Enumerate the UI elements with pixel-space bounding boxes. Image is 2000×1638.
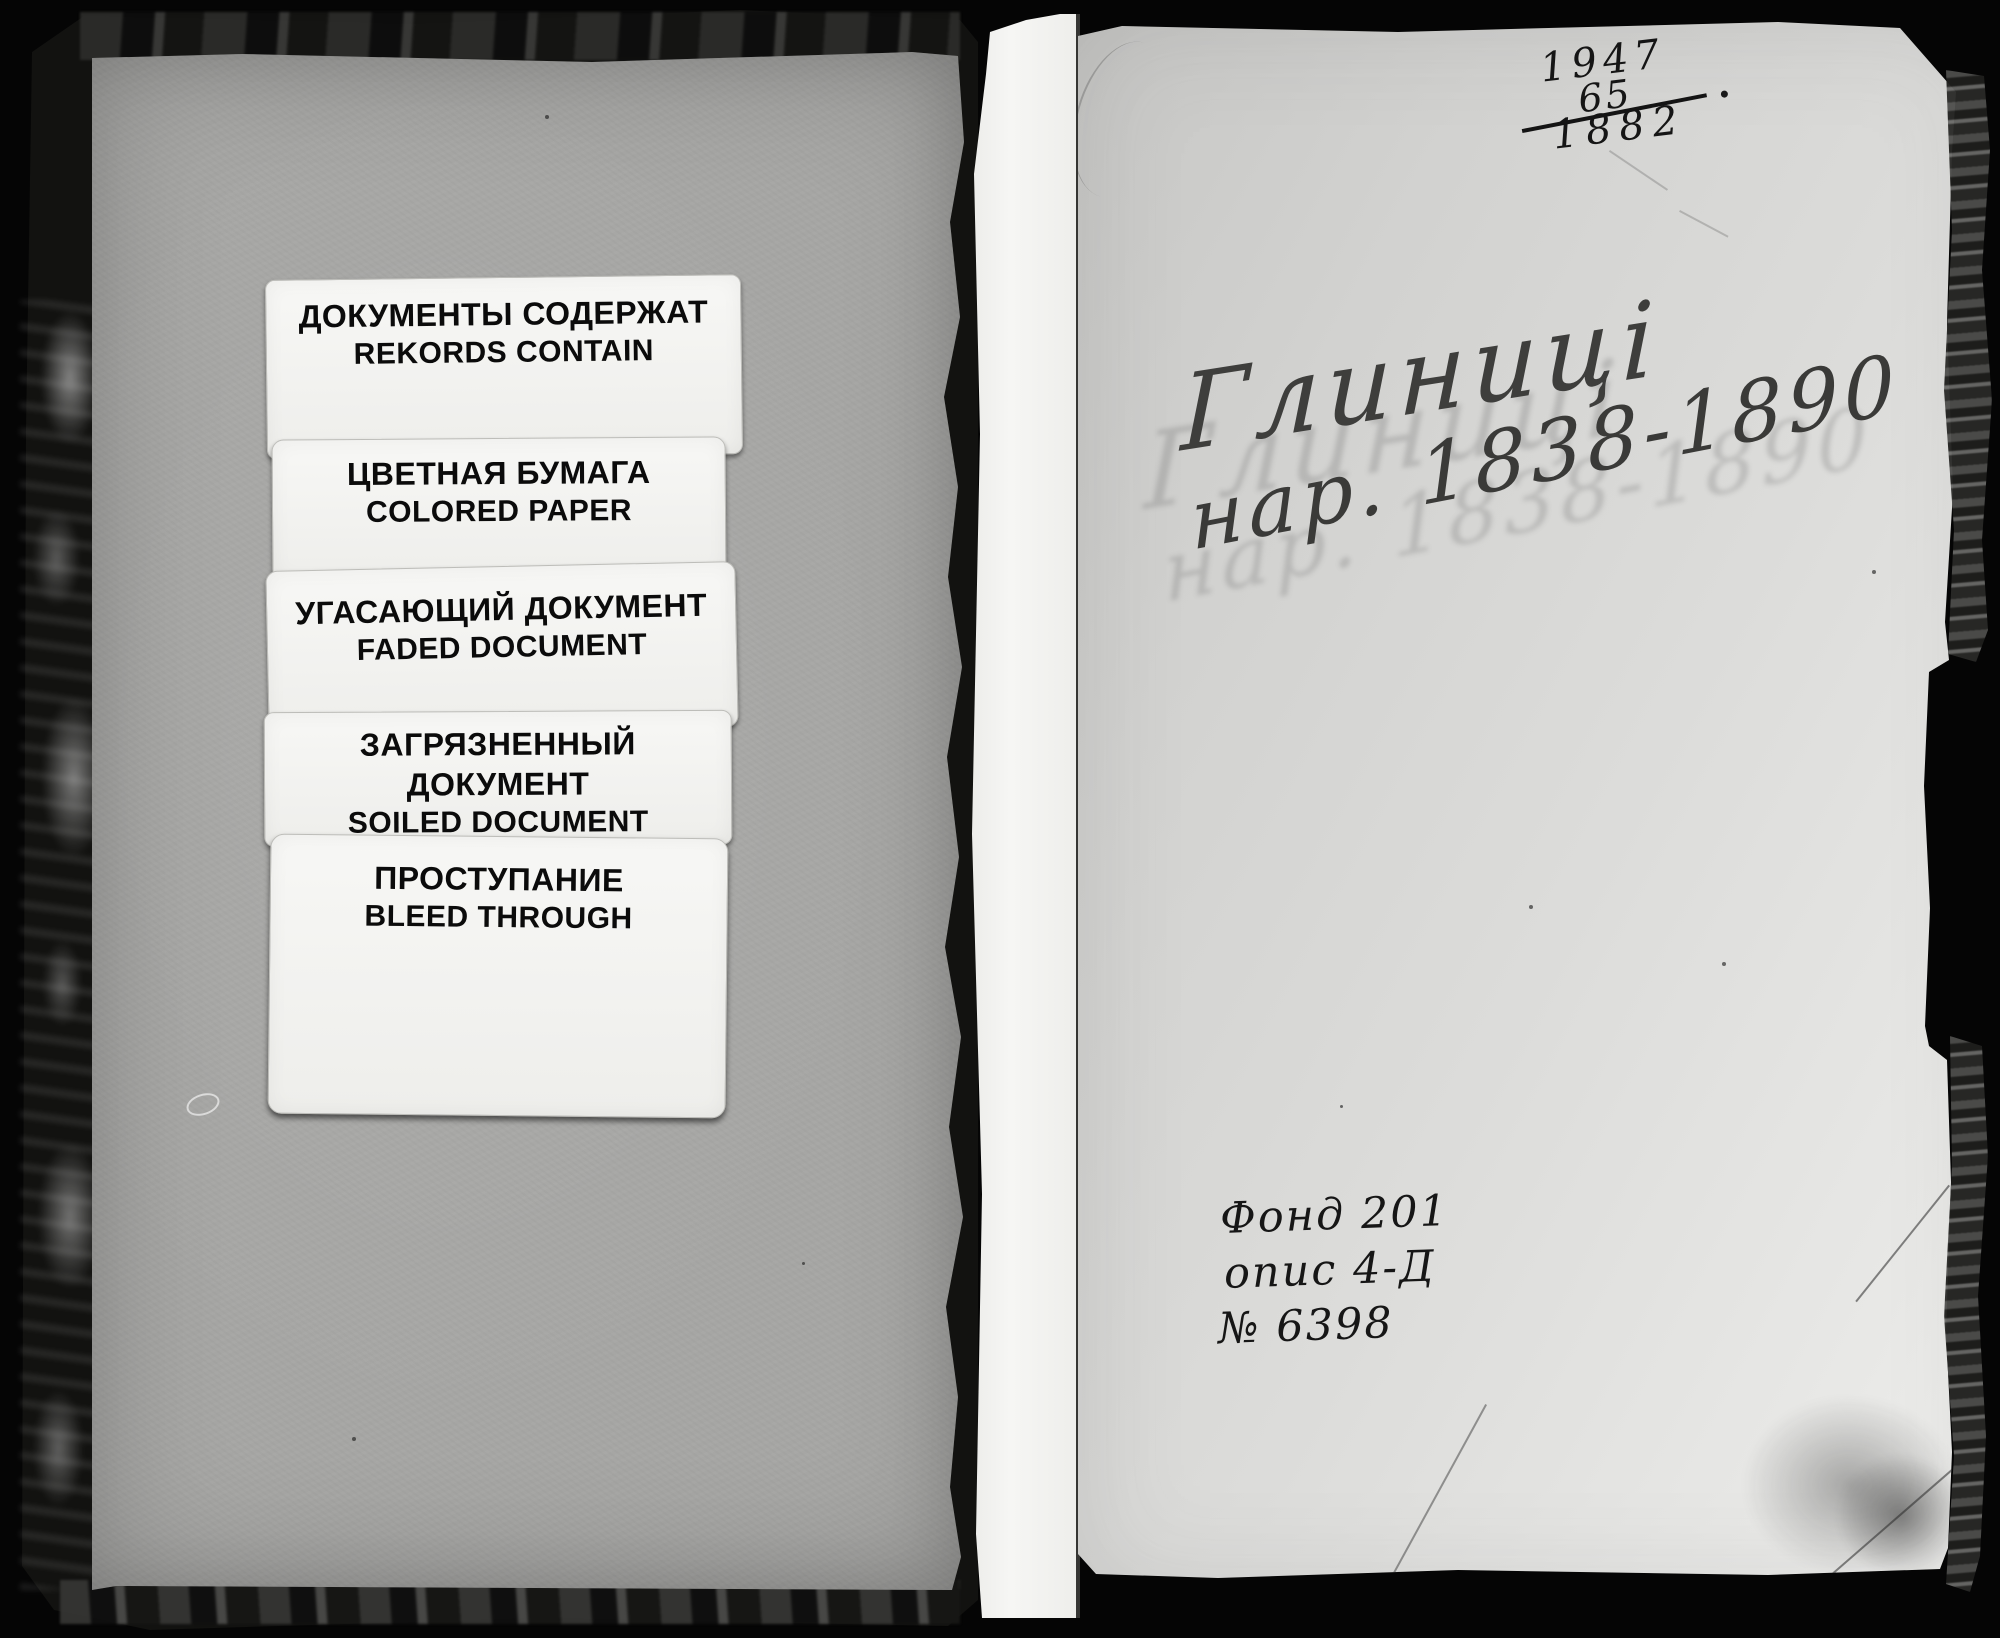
number-line: № 6398 — [1217, 1294, 1454, 1357]
dust-speck — [1529, 905, 1533, 909]
dust-speck — [1872, 570, 1876, 574]
fond-line: Фонд 201 — [1219, 1184, 1450, 1247]
dust-speck — [1722, 962, 1726, 966]
opys-line: опис 4-Д — [1223, 1239, 1452, 1302]
corner-numbering: 1947 65 1882 — [1512, 26, 1733, 161]
dust-speck — [545, 115, 549, 119]
archival-scan: ДОКУМЕНТЫ СОДЕРЖАТ REKORDS CONTAIN ЦВЕТН… — [0, 0, 2000, 1638]
corner-number-bottom: 1882 — [1550, 93, 1733, 157]
dust-speck — [802, 1262, 805, 1265]
condition-label-colored-paper: ЦВЕТНАЯ БУМАГА COLORED PAPER — [272, 436, 727, 581]
crease-line — [1388, 1404, 1487, 1582]
label-text-en: REKORDS CONTAIN — [267, 331, 741, 375]
label-text-ru: ЗАГРЯЗНЕННЫЙ ДОКУМЕНТ — [265, 723, 731, 805]
scratch-mark — [1609, 150, 1668, 190]
condition-label-soiled-document: ЗАГРЯЗНЕННЫЙ ДОКУМЕНТ SOILED DOCUMENT — [264, 710, 733, 847]
label-text-en: COLORED PAPER — [273, 491, 725, 532]
condition-label-bleed-through: ПРОСТУПАНИЕ BLEED THROUGH — [268, 834, 729, 1119]
condition-label-records-contain: ДОКУМЕНТЫ СОДЕРЖАТ REKORDS CONTAIN — [265, 274, 743, 460]
crease-line — [1855, 1185, 1950, 1303]
fore-edge-top — [1942, 70, 1992, 662]
dust-speck — [352, 1437, 356, 1441]
label-text-ru: ПРОСТУПАНИЕ — [271, 857, 727, 902]
label-text-en: BLEED THROUGH — [270, 897, 726, 940]
archive-reference: Фонд 201 опис 4-Д № 6398 — [1219, 1184, 1454, 1357]
fore-edge-bottom — [1944, 1036, 1988, 1592]
ink-dot — [1720, 90, 1728, 98]
scratch-mark — [1679, 210, 1728, 237]
dust-speck — [1340, 1105, 1343, 1108]
label-text-ru: ДОКУМЕНТЫ СОДЕРЖАТ — [266, 291, 740, 337]
cover-leather-texture-top — [80, 12, 960, 60]
label-text-ru: ЦВЕТНАЯ БУМАГА — [273, 451, 725, 494]
title-page: 1947 65 1882 Глиниці нар. 1838-1890 Фонд… — [1078, 22, 1994, 1596]
